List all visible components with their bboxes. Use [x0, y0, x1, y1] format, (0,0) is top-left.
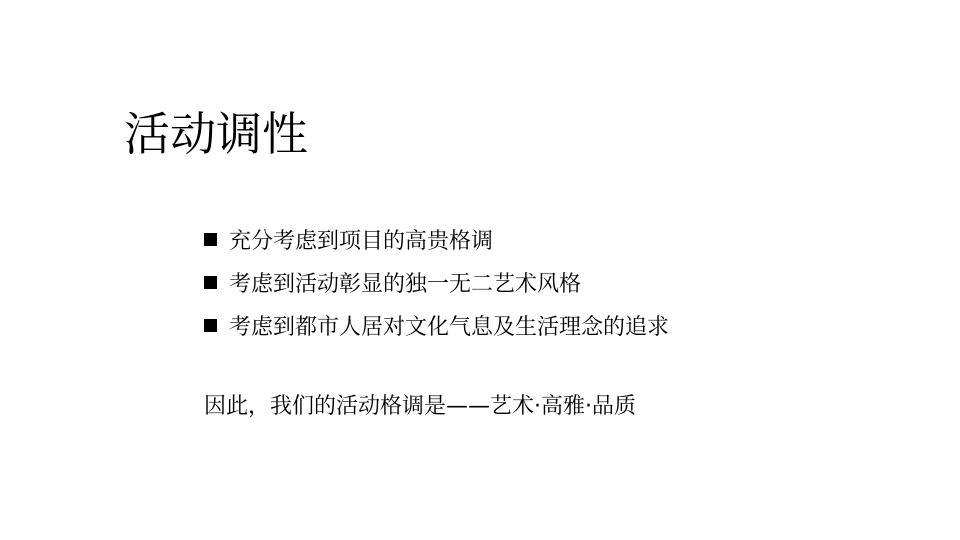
conclusion-text: 因此，我们的活动格调是——艺术·高雅·品质: [204, 390, 636, 424]
square-bullet-icon: [204, 319, 217, 332]
bullet-item: 考虑到都市人居对文化气息及生活理念的追求: [204, 304, 669, 347]
bullet-text: 充分考虑到项目的高贵格调: [229, 224, 493, 255]
slide-title: 活动调性: [124, 104, 308, 164]
bullet-item: 充分考虑到项目的高贵格调: [204, 218, 669, 261]
bullet-text: 考虑到活动彰显的独一无二艺术风格: [229, 267, 581, 298]
square-bullet-icon: [204, 276, 217, 289]
square-bullet-icon: [204, 233, 217, 246]
bullet-text: 考虑到都市人居对文化气息及生活理念的追求: [229, 310, 669, 341]
slide: 活动调性 充分考虑到项目的高贵格调 考虑到活动彰显的独一无二艺术风格 考虑到都市…: [0, 0, 960, 540]
bullet-item: 考虑到活动彰显的独一无二艺术风格: [204, 261, 669, 304]
bullet-list: 充分考虑到项目的高贵格调 考虑到活动彰显的独一无二艺术风格 考虑到都市人居对文化…: [204, 218, 669, 347]
